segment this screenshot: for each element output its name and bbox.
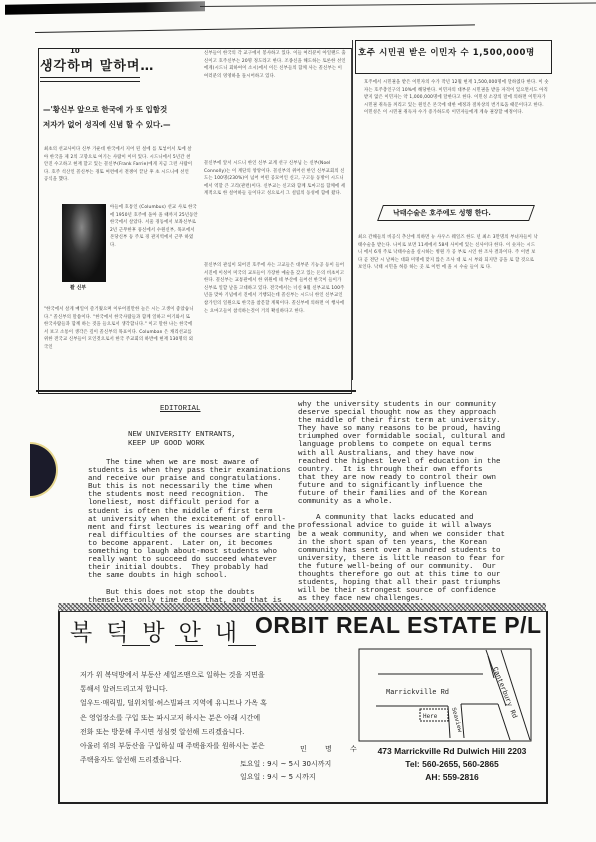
- ad-contact-name: 민 명 수: [300, 744, 365, 754]
- text-line: reached the highest level of education i…: [298, 458, 505, 466]
- text-line: But this does not stop the doubts: [88, 589, 295, 597]
- photo-caption: 꽐 신부: [70, 284, 86, 291]
- text-line: why the university students in our commu…: [298, 401, 505, 409]
- feature-col1-bottom: "한국에서 살게 매일이 즐거웠으며 이루어질만한 늘은 시는 고생이 좋았습니…: [44, 306, 196, 352]
- text-line: The time when we are most aware of: [88, 459, 295, 467]
- text-line: [298, 506, 505, 514]
- text-line: and receive our praise and congratulatio…: [88, 475, 295, 483]
- text-line: deserve special thought now as they appr…: [298, 409, 505, 417]
- feature-col1-paragraph: 최초의 선교사이다 신부 가운데 한국에서 지어 된 설에 를 토넣어서 토에 …: [44, 146, 194, 184]
- ad-hours-sunday: 일요일 : 9시 ~ 5 시까지: [240, 772, 316, 782]
- title-underline-2: [40, 81, 140, 82]
- svg-text:Marrickville Rd: Marrickville Rd: [386, 689, 449, 697]
- citizenship-article-body: 호주에서 시민권을 받은 이민자의 수가 작년 12월 현재 1,500,000…: [364, 79, 549, 117]
- title-underline: [40, 77, 140, 78]
- svg-text:Canterbury Rd: Canterbury Rd: [490, 666, 518, 720]
- text-line: to become apparent. Later on, it becomes: [88, 540, 295, 548]
- text-line: future and to significantly influence th…: [298, 482, 505, 490]
- editorial-left-column: The time when we are most aware ofstuden…: [88, 459, 295, 605]
- feature-col2-bottom: 꼴신부의 관심이 되어진 호주에 사는 고교들은 대부분 기능공 등이 들어서진…: [204, 262, 346, 315]
- editorial-right-column: why the university students in our commu…: [298, 401, 505, 603]
- ad-english-title: ORBIT REAL ESTATE P/L: [255, 612, 542, 639]
- text-line: with all Australians, and they have now: [298, 450, 505, 458]
- text-line: loneliest, most difficult period for a: [88, 499, 295, 507]
- text-line: really want to succeed do succeed whatev…: [88, 556, 295, 564]
- text-line: language problems to compete on equal te…: [298, 441, 505, 449]
- text-line: 얼우드·매릭빌, 덜위치힐·허스빌파크 지역에 유니트나 가옥 혹: [80, 696, 360, 710]
- header-rule: [35, 24, 475, 33]
- ad-korean-title: 복덕방안내: [70, 614, 251, 647]
- text-line: future of their families and of the Kore…: [298, 490, 505, 498]
- svg-text:Here: Here: [423, 713, 438, 720]
- text-line: A community that lacks educated and: [298, 514, 505, 522]
- text-line: 통해서 알려드리고저 합니다.: [80, 682, 360, 696]
- ad-title-underline: [228, 645, 256, 646]
- text-line: thoughts therefore go out at this time t…: [298, 571, 505, 579]
- column-divider: [352, 40, 353, 380]
- text-line: triumphed over formidable social, cultur…: [298, 433, 505, 441]
- abortion-article-body: 최요 간해들의 비공식 추산에 의하면 뉴 사우스 웨일즈 한도 년 최소 3만…: [358, 234, 538, 272]
- feature-article-title: 생각하며 말하며…: [40, 55, 154, 74]
- ad-telephone: Tel: 560-2655, 560-2865: [357, 758, 547, 771]
- top-rule: [200, 2, 596, 7]
- priest-photo: [62, 204, 106, 282]
- text-line: university, there is little reason to fe…: [298, 555, 505, 563]
- text-line: 저가 위 복덕방에서 부동산 세일즈맨으로 일하는 것을 지면을: [80, 668, 360, 682]
- text-line: the same doubts in high school.: [88, 572, 295, 580]
- location-map: Marrickville Rd Here Seaview Canterbury …: [358, 648, 532, 742]
- text-line: something to laugh about-most students w…: [88, 548, 295, 556]
- text-line: professional advice to guide it will alw…: [298, 522, 505, 530]
- text-line: the future well-being of our community. …: [298, 563, 505, 571]
- text-line: community has sent over a hundred studen…: [298, 547, 505, 555]
- text-line: country. It is through their own efforts: [298, 466, 505, 474]
- text-line: the middle of their first term at univer…: [298, 417, 505, 425]
- text-line: [88, 580, 295, 588]
- editorial-label: EDITORIAL: [160, 405, 201, 413]
- section-separator: [36, 390, 356, 392]
- ad-after-hours: AH: 559-2816: [357, 771, 547, 784]
- ad-title-underline: [122, 645, 150, 646]
- text-line: students is when they pass their examina…: [88, 467, 295, 475]
- text-line: student is often the middle of first ter…: [88, 508, 295, 516]
- text-line: ment and first lectures is wearing off a…: [88, 524, 295, 532]
- text-line: will be their strongest source of confid…: [298, 587, 505, 595]
- ad-title-underline: [175, 645, 203, 646]
- text-line: in the short span of ten years, the Kore…: [298, 539, 505, 547]
- binder-ring-hole: [30, 442, 58, 498]
- feature-col2-top: 신부들이 한국의 각 교구에서 봉사하고 있다. 이들 여러분이 아일랜드 출신…: [204, 50, 346, 80]
- text-line: 은 영업장소를 구입 또는 파시고저 하시는 분은 아래 시간에: [80, 711, 360, 725]
- text-line: real difficulties of the courses are sta…: [88, 532, 295, 540]
- abortion-headline: 낙태수술은 호주에도 성행 한다.: [393, 208, 491, 218]
- feature-article-subtitle: —'황신부 앞으로 한국에 가 또 입함것 저자가 없어 성직에 신념 할 수 …: [43, 102, 203, 132]
- feature-col2-middle: 꼴신부에 앞서 시드니 한인 신부 교계 선구 신부님 는 신부(Noel Co…: [204, 160, 346, 198]
- text-line: their initial doubts. They probably had: [88, 564, 295, 572]
- feature-col1-side-text: 아들에 호통인 (Columbus) 선교 사로 한국에 1950년 호주에 돌…: [110, 204, 198, 250]
- ad-hours-saturday: 토요일 : 9시 ~ 5시 30시까지: [240, 759, 331, 769]
- text-line: But this is not necessarily the time whe…: [88, 483, 295, 491]
- text-line: at university when the excitement of enr…: [88, 516, 295, 524]
- text-line: 전화 또는 방문해 주시면 성심껏 알선해 드리겠읍니다.: [80, 725, 360, 739]
- top-black-bar: [5, 1, 205, 14]
- text-line: the students most need recognition. The: [88, 491, 295, 499]
- text-line: students, hoping that all their past tri…: [298, 579, 505, 587]
- hatched-divider-overlay: [58, 603, 546, 611]
- ad-address-block: 473 Marrickville Rd Dulwich Hill 2203 Te…: [357, 745, 547, 784]
- text-line: community as a whole.: [298, 498, 505, 506]
- page-number: 10: [70, 47, 80, 55]
- editorial-headline-line1: NEW UNIVERSITY ENTRANTS,: [128, 431, 236, 439]
- text-line: They have so many reasons to be proud, h…: [298, 425, 505, 433]
- editorial-headline-line2: KEEP UP GOOD WORK: [128, 440, 205, 448]
- text-line: that they are now ready to control their…: [298, 474, 505, 482]
- text-line: be a weak community, and when we conside…: [298, 531, 505, 539]
- citizenship-headline: 호주 시민권 받은 이민자 수 1,500,000명: [358, 46, 535, 58]
- ad-address: 473 Marrickville Rd Dulwich Hill 2203: [357, 745, 547, 758]
